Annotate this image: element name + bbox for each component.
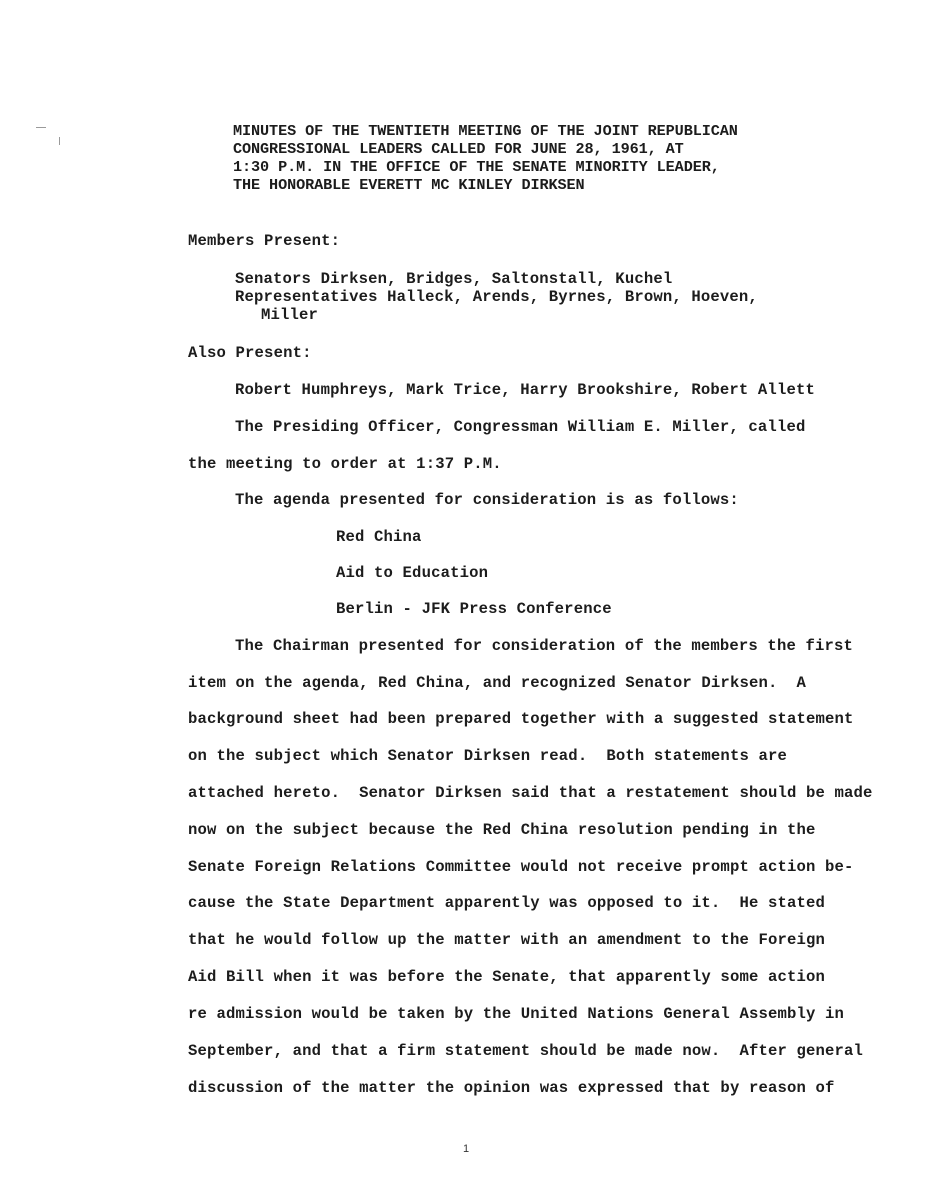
- body-line: Aid Bill when it was before the Senate, …: [188, 968, 825, 986]
- members-present-heading: Members Present:: [188, 232, 340, 250]
- call-to-order-line: the meeting to order at 1:37 P.M.: [188, 455, 502, 473]
- members-line: Representatives Halleck, Arends, Byrnes,…: [235, 288, 758, 306]
- title-line: CONGRESSIONAL LEADERS CALLED FOR JUNE 28…: [233, 140, 684, 158]
- call-to-order-line: The Presiding Officer, Congressman Willi…: [235, 418, 805, 436]
- body-line: September, and that a firm statement sho…: [188, 1042, 863, 1060]
- margin-mark: [36, 127, 46, 128]
- also-present-line: Robert Humphreys, Mark Trice, Harry Broo…: [235, 381, 815, 399]
- body-line: on the subject which Senator Dirksen rea…: [188, 747, 787, 765]
- body-line: that he would follow up the matter with …: [188, 931, 825, 949]
- body-line: Senate Foreign Relations Committee would…: [188, 858, 854, 876]
- page-number: 1: [463, 1143, 469, 1155]
- body-line: item on the agenda, Red China, and recog…: [188, 674, 806, 692]
- body-line: re admission would be taken by the Unite…: [188, 1005, 844, 1023]
- body-line: attached hereto. Senator Dirksen said th…: [188, 784, 873, 802]
- agenda-intro: The agenda presented for consideration i…: [235, 491, 739, 509]
- body-line: background sheet had been prepared toget…: [188, 710, 854, 728]
- title-line: 1:30 P.M. IN THE OFFICE OF THE SENATE MI…: [233, 158, 720, 176]
- members-line: Miller: [261, 306, 318, 324]
- body-line: now on the subject because the Red China…: [188, 821, 816, 839]
- agenda-item: Red China: [336, 528, 422, 546]
- title-line: THE HONORABLE EVERETT MC KINLEY DIRKSEN: [233, 176, 585, 194]
- body-line: The Chairman presented for consideration…: [235, 637, 853, 655]
- body-line: cause the State Department apparently wa…: [188, 894, 825, 912]
- also-present-heading: Also Present:: [188, 344, 312, 362]
- document-page: MINUTES OF THE TWENTIETH MEETING OF THE …: [0, 0, 932, 1200]
- title-line: MINUTES OF THE TWENTIETH MEETING OF THE …: [233, 122, 738, 140]
- body-line: discussion of the matter the opinion was…: [188, 1079, 835, 1097]
- agenda-item: Berlin - JFK Press Conference: [336, 600, 612, 618]
- agenda-item: Aid to Education: [336, 564, 488, 582]
- margin-mark: [59, 137, 60, 145]
- members-line: Senators Dirksen, Bridges, Saltonstall, …: [235, 270, 672, 288]
